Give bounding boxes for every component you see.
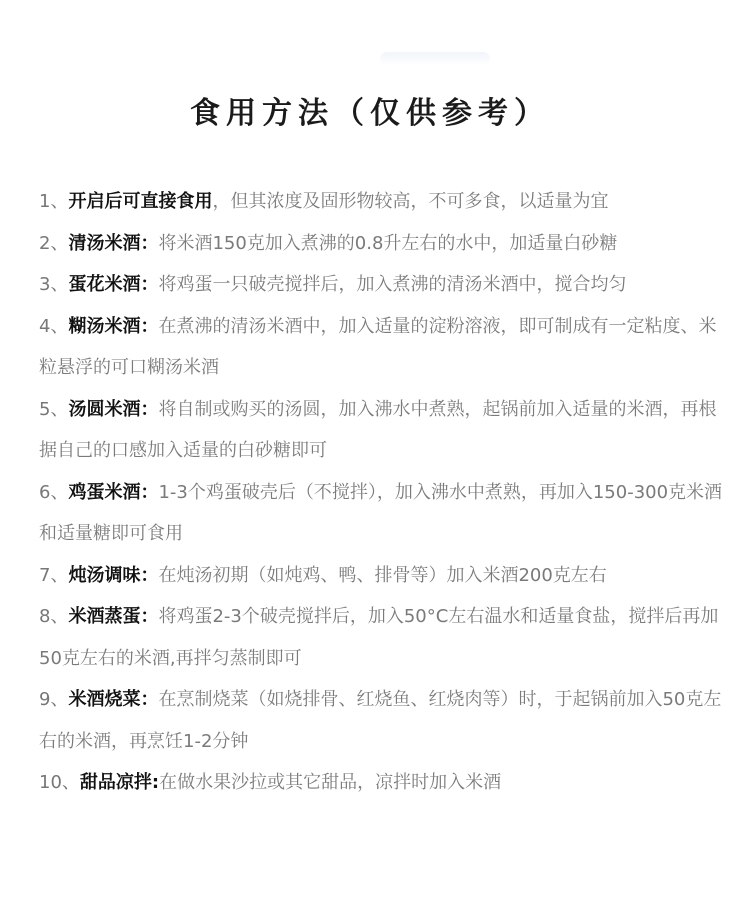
decorative-glow <box>380 52 490 66</box>
item-number: 9、 <box>39 689 68 710</box>
list-item: 9、米酒烧菜：在烹制烧菜（如烧排骨、红烧鱼、红烧肉等）时，于起锅前加入50克左右… <box>39 679 729 762</box>
list-item: 7、炖汤调味：在炖汤初期（如炖鸡、鸭、排骨等）加入米酒200克左右 <box>39 555 729 597</box>
item-number: 10、 <box>39 772 80 793</box>
item-label: 汤圆米酒： <box>68 399 158 420</box>
item-label: 清汤米酒： <box>68 233 158 254</box>
item-text: 将鸡蛋一只破壳搅拌后，加入煮沸的清汤米酒中，搅合均匀 <box>158 274 626 295</box>
item-label: 蛋花米酒： <box>68 274 158 295</box>
item-label: 甜品凉拌: <box>80 772 159 793</box>
item-label: 鸡蛋米酒： <box>68 482 158 503</box>
item-label: 糊汤米酒： <box>68 316 158 337</box>
list-item: 10、甜品凉拌:在做水果沙拉或其它甜品，凉拌时加入米酒 <box>39 762 729 804</box>
list-item: 5、汤圆米酒：将自制或购买的汤圆，加入沸水中煮熟，起锅前加入适量的米酒，再根据自… <box>39 389 729 472</box>
page-title: 食用方法（仅供参考） <box>0 92 740 136</box>
item-number: 3、 <box>39 274 68 295</box>
list-item: 3、蛋花米酒：将鸡蛋一只破壳搅拌后，加入煮沸的清汤米酒中，搅合均匀 <box>39 264 729 306</box>
item-number: 1、 <box>39 191 68 212</box>
list-item: 8、米酒蒸蛋：将鸡蛋2-3个破壳搅拌后，加入50°C左右温水和适量食盐，搅拌后再… <box>39 596 729 679</box>
item-text: 在做水果沙拉或其它甜品，凉拌时加入米酒 <box>159 772 501 793</box>
item-number: 5、 <box>39 399 68 420</box>
item-label: 炖汤调味： <box>68 565 158 586</box>
item-label: 开启后可直接食用 <box>68 191 212 212</box>
item-text: ，但其浓度及固形物较高，不可多食，以适量为宜 <box>212 191 608 212</box>
list-item: 1、开启后可直接食用，但其浓度及固形物较高，不可多食，以适量为宜 <box>39 181 729 223</box>
item-number: 7、 <box>39 565 68 586</box>
item-text: 将米酒150克加入煮沸的0.8升左右的水中，加适量白砂糖 <box>158 233 617 254</box>
item-text: 在炖汤初期（如炖鸡、鸭、排骨等）加入米酒200克左右 <box>158 565 606 586</box>
list-item: 6、鸡蛋米酒：1-3个鸡蛋破壳后（不搅拌），加入沸水中煮熟，再加入150-300… <box>39 472 729 555</box>
item-number: 6、 <box>39 482 68 503</box>
item-number: 4、 <box>39 316 68 337</box>
item-label: 米酒烧菜： <box>68 689 158 710</box>
list-item: 4、糊汤米酒：在煮沸的清汤米酒中，加入适量的淀粉溶液，即可制成有一定粘度、米粒悬… <box>39 306 729 389</box>
item-number: 8、 <box>39 606 68 627</box>
item-label: 米酒蒸蛋： <box>68 606 158 627</box>
list-item: 2、清汤米酒：将米酒150克加入煮沸的0.8升左右的水中，加适量白砂糖 <box>39 223 729 265</box>
usage-instructions-list: 1、开启后可直接食用，但其浓度及固形物较高，不可多食，以适量为宜 2、清汤米酒：… <box>39 181 729 804</box>
item-number: 2、 <box>39 233 68 254</box>
